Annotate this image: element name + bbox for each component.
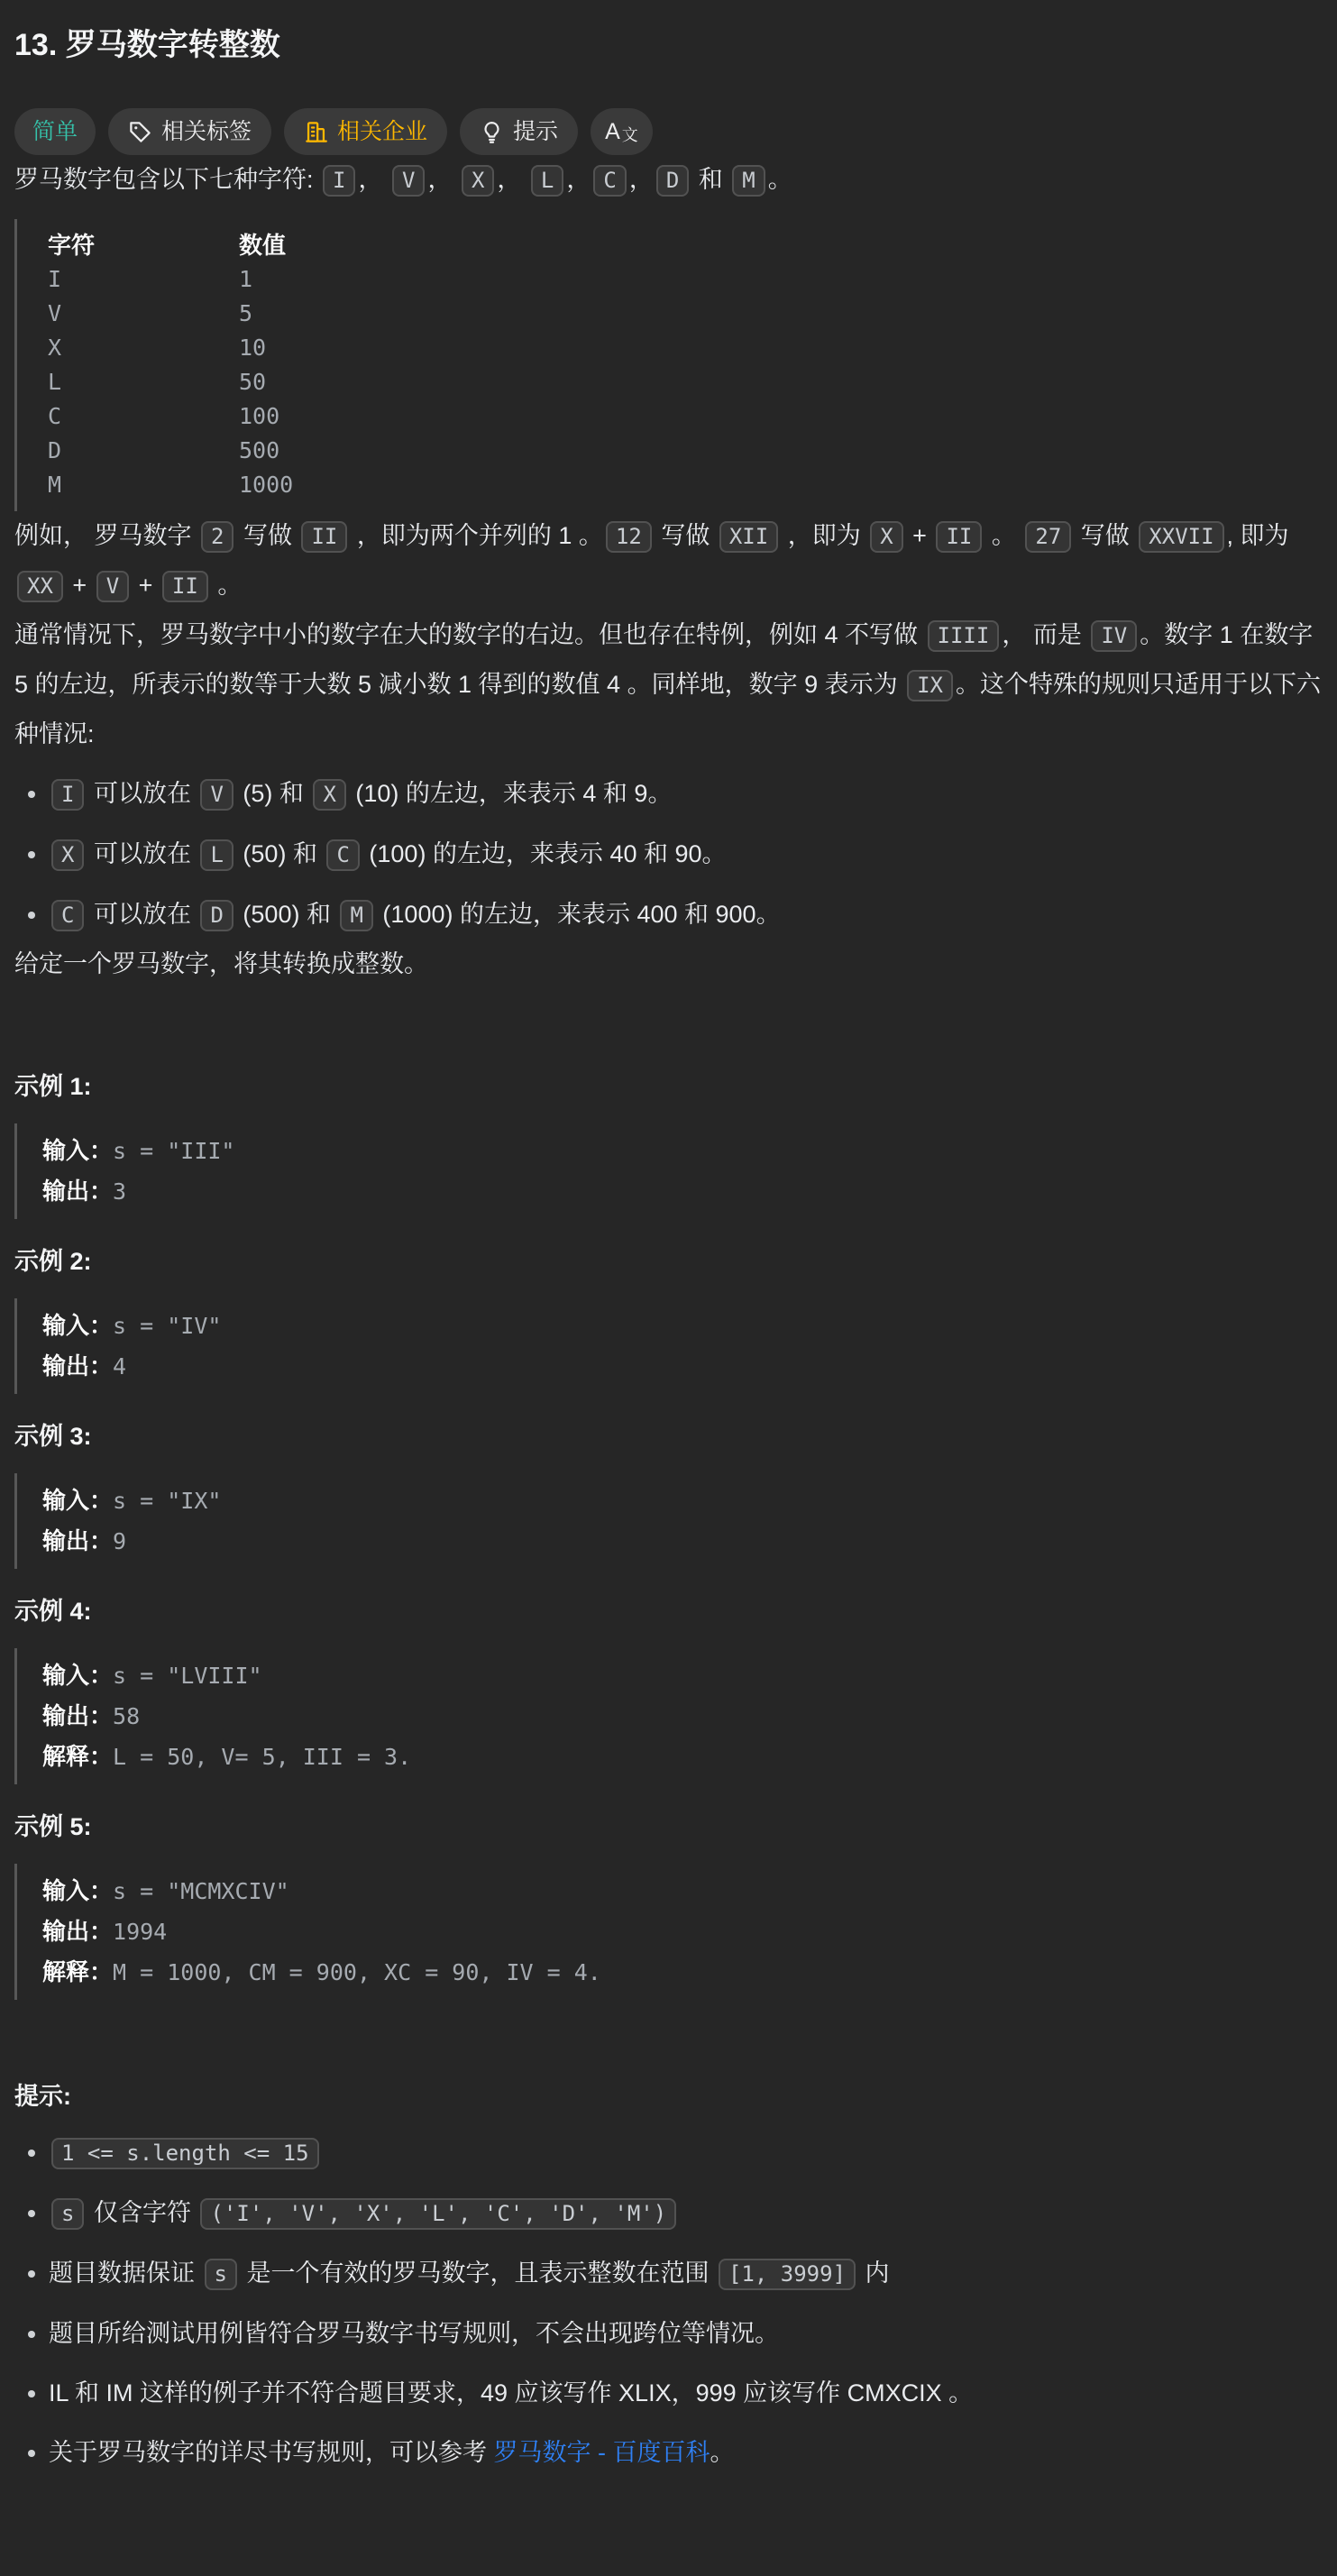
example-heading: 示例 5:: [14, 1808, 1323, 1846]
inline-code-chip: X: [313, 779, 345, 811]
inline-code-chip: II: [936, 521, 982, 553]
inline-code-chip: 12: [606, 521, 652, 553]
hints-heading: 提示:: [14, 2077, 1323, 2115]
inline-code-chip: [1, 3999]: [719, 2259, 856, 2290]
intro-paragraph-characters: 罗马数字包含以下七种字符: I， V， X， L，C，D 和 M。: [14, 155, 1323, 205]
inline-code-chip: C: [51, 900, 84, 931]
inline-code-chip: ('I', 'V', 'X', 'L', 'C', 'D', 'M'): [200, 2198, 676, 2230]
constraint-item: 关于罗马数字的详尽书写规则，可以参考 罗马数字 - 百度百科。: [49, 2428, 1323, 2477]
inline-code-chip: XX: [17, 571, 63, 602]
constraint-item: s 仅含字符 ('I', 'V', 'X', 'L', 'C', 'D', 'M…: [49, 2188, 1323, 2238]
translate-toggle-button[interactable]: A文: [591, 108, 653, 155]
constraint-item: 1 <= s.length <= 15: [49, 2128, 1323, 2177]
inline-code-chip: M: [732, 165, 765, 197]
char-table-row: X10: [48, 331, 1323, 365]
inline-code-chip: XII: [719, 521, 778, 553]
inline-code-chip: M: [340, 900, 372, 931]
char-table-row: D500: [48, 434, 1323, 468]
problem-description-panel: 13. 罗马数字转整数 简单 相关标签 相关企业: [0, 0, 1337, 2512]
intro-paragraph-examples: 例如， 罗马数字 2 写做 II ，即为两个并列的 1 。12 写做 XII ，…: [14, 511, 1323, 610]
inline-code-chip: s: [51, 2198, 84, 2230]
inline-code-chip: X: [51, 839, 84, 871]
intro-paragraph-special-rule: 通常情况下，罗马数字中小的数字在大的数字的右边。但也存在特例，例如 4 不写做 …: [14, 610, 1323, 758]
char-table-row: C100: [48, 399, 1323, 434]
constraint-item: 题目所给测试用例皆符合罗马数字书写规则，不会出现跨位等情况。: [49, 2309, 1323, 2358]
example-input: 输入：s = "LVIII": [42, 1655, 1323, 1696]
example-heading: 示例 1:: [14, 1068, 1323, 1105]
constraint-item: 题目数据保证 s 是一个有效的罗马数字，且表示整数在范围 [1, 3999] 内: [49, 2249, 1323, 2298]
special-cases-list: I 可以放在 V (5) 和 X (10) 的左边，来表示 4 和 9。 X 可…: [14, 769, 1323, 940]
char-table-row: L50: [48, 365, 1323, 399]
example-block: 输入：s = "III"输出：3: [14, 1123, 1323, 1219]
inline-code-chip: C: [326, 839, 359, 871]
char-table-row: I1: [48, 262, 1323, 297]
inline-code-chip: 2: [201, 521, 234, 553]
inline-code-chip: V: [392, 165, 425, 197]
example-heading: 示例 4:: [14, 1592, 1323, 1630]
related-companies-label: 相关企业: [337, 121, 427, 143]
example-explanation: 解释：L = 50, V= 5, III = 3.: [42, 1737, 1323, 1777]
example-heading: 示例 3:: [14, 1417, 1323, 1455]
example-input: 输入：s = "IX": [42, 1481, 1323, 1521]
inline-code-chip: I: [323, 165, 355, 197]
baidu-baike-link[interactable]: 罗马数字 - 百度百科: [494, 2439, 710, 2466]
related-tags-label: 相关标签: [161, 121, 252, 143]
tag-icon: [128, 120, 152, 144]
meta-bar: 简单 相关标签 相关企业: [14, 108, 1323, 155]
inline-code-chip: I: [51, 779, 84, 811]
inline-code-chip: L: [531, 165, 563, 197]
example-block: 输入：s = "IX"输出：9: [14, 1473, 1323, 1569]
inline-code-chip: V: [200, 779, 233, 811]
inline-code-chip: IV: [1091, 620, 1137, 652]
char-table-row: V5: [48, 297, 1323, 331]
char-table-row: M1000: [48, 468, 1323, 502]
example-output: 输出：4: [42, 1346, 1323, 1387]
example-block: 输入：s = "LVIII"输出：58解释：L = 50, V= 5, III …: [14, 1648, 1323, 1784]
inline-code-chip: II: [301, 521, 347, 553]
special-case-item: X 可以放在 L (50) 和 C (100) 的左边，来表示 40 和 90。: [49, 830, 1323, 879]
example-input: 输入：s = "III": [42, 1131, 1323, 1171]
example-heading: 示例 2:: [14, 1242, 1323, 1280]
example-output: 输出：1994: [42, 1911, 1323, 1952]
example-input: 输入：s = "IV": [42, 1306, 1323, 1346]
example-output: 输出：58: [42, 1696, 1323, 1737]
char-table-header: 字符数值: [48, 228, 1323, 262]
example-block: 输入：s = "IV"输出：4: [14, 1298, 1323, 1394]
inline-code-chip: 27: [1025, 521, 1071, 553]
special-case-item: C 可以放在 D (500) 和 M (1000) 的左边，来表示 400 和 …: [49, 890, 1323, 940]
inline-code-chip: V: [96, 571, 129, 602]
example-output: 输出：9: [42, 1521, 1323, 1562]
company-building-icon: [304, 120, 328, 144]
example-input: 输入：s = "MCMXCIV": [42, 1871, 1323, 1911]
inline-code-chip: L: [200, 839, 233, 871]
char-value-table: 字符数值I1V5X10L50C100D500M1000: [14, 219, 1323, 511]
inline-code-chip: s: [205, 2259, 237, 2290]
example-explanation: 解释：M = 1000, CM = 900, XC = 90, IV = 4.: [42, 1952, 1323, 1993]
inline-code-chip: II: [162, 571, 208, 602]
example-output: 输出：3: [42, 1171, 1323, 1212]
examples-section: 示例 1:输入：s = "III"输出：3示例 2:输入：s = "IV"输出：…: [14, 1068, 1323, 2000]
inline-code-chip: C: [593, 165, 626, 197]
inline-code-chip: X: [462, 165, 494, 197]
related-companies-button[interactable]: 相关企业: [284, 108, 447, 155]
example-block: 输入：s = "MCMXCIV"输出：1994解释：M = 1000, CM =…: [14, 1864, 1323, 2000]
translate-icon: A文: [605, 121, 638, 143]
constraint-item: IL 和 IM 这样的例子并不符合题目要求，49 应该写作 XLIX，999 应…: [49, 2369, 1323, 2417]
inline-code-chip: XXVII: [1139, 521, 1223, 553]
inline-code-chip: X: [870, 521, 902, 553]
lightbulb-icon: [480, 120, 504, 144]
inline-code-chip: IIII: [928, 620, 1000, 652]
hint-button[interactable]: 提示: [460, 108, 578, 155]
special-case-item: I 可以放在 V (5) 和 X (10) 的左边，来表示 4 和 9。: [49, 769, 1323, 819]
problem-title: 13. 罗马数字转整数: [14, 23, 1323, 67]
task-statement: 给定一个罗马数字，将其转换成整数。: [14, 940, 1323, 988]
hint-button-label: 提示: [513, 121, 558, 143]
inline-code-chip: D: [200, 900, 233, 931]
constraints-list: 1 <= s.length <= 15s 仅含字符 ('I', 'V', 'X'…: [14, 2128, 1323, 2477]
inline-code-chip: 1 <= s.length <= 15: [51, 2138, 319, 2169]
inline-code-chip: D: [656, 165, 689, 197]
difficulty-badge[interactable]: 简单: [14, 108, 96, 155]
related-tags-button[interactable]: 相关标签: [108, 108, 271, 155]
inline-code-chip: IX: [907, 670, 953, 701]
